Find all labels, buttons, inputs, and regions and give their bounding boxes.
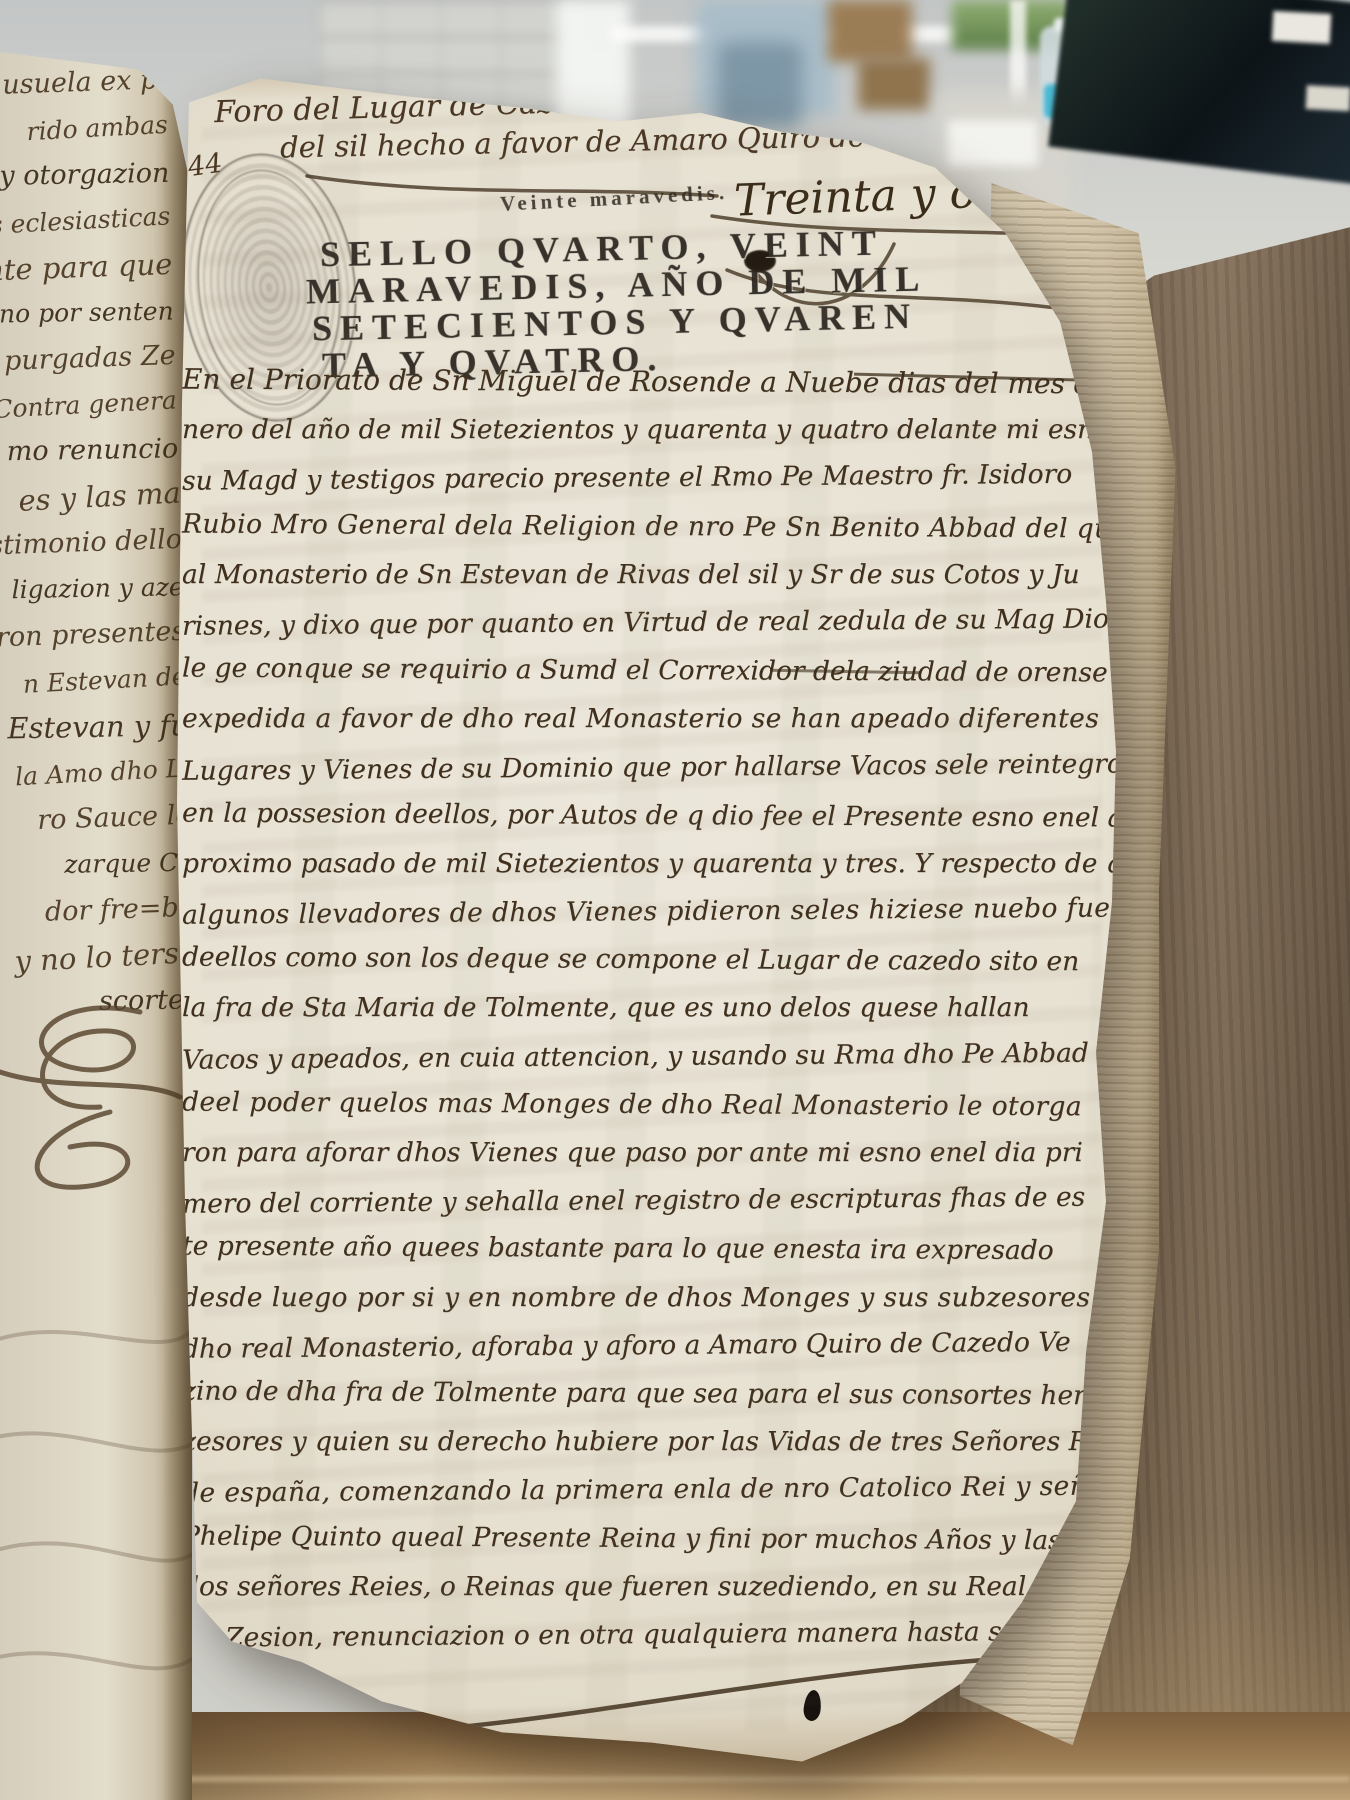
manuscript-text-line: risnes, y dixo que por quanto en Virtud … [182, 595, 1132, 651]
monitor-sticker [1306, 85, 1350, 111]
left-page-text-fragment: on y otorgazion [0, 151, 176, 201]
manuscript-text-line: ron para aforar dhos Vienes que paso por… [182, 1129, 1132, 1177]
manuscript-text-line: Rubio Mro General dela Religion de nro P… [182, 500, 1132, 553]
manuscript-text-line: en la possesion deellos, por Autos de q … [182, 789, 1132, 842]
folio-annotation: Treinta y ocho [733, 164, 1056, 226]
manuscript-text-line: zino de dha fra de Tolmente para que sea… [182, 1367, 1132, 1420]
manuscript-text-line: te presente año quees bastante para lo q… [182, 1223, 1132, 1276]
manuscript-text-line: mero del corriente y sehalla enel regist… [182, 1173, 1132, 1229]
manuscript-text-line: su Magd y testigos parecio presente el R… [182, 451, 1132, 507]
table-sheen [120, 1776, 1350, 1782]
manuscript-page-wrap: 44 Foro del Lugar de Cazedo del rreal Mo… [152, 58, 1152, 1770]
manuscript-text-line: de españa, comenzando la primera enla de… [182, 1463, 1132, 1519]
manuscript-text-line: nero del año de mil Sietezientos y quare… [182, 406, 1132, 454]
manuscript-page: 44 Foro del Lugar de Cazedo del rreal Mo… [152, 58, 1152, 1770]
manuscript-text-line: expedida a favor de dho real Monasterio … [182, 695, 1132, 743]
manuscript-text-line: proximo pasado de mil Sietezientos y qua… [182, 840, 1132, 888]
monitor-sticker [1272, 11, 1331, 44]
manuscript-text-line: Phelipe Quinto queal Presente Reina y fi… [182, 1512, 1132, 1565]
manuscript-text-line: al Monasterio de Sn Estevan de Rivas del… [182, 551, 1132, 599]
manuscript-text-line: Vacos y apeados, en cuia attencion, y us… [182, 1029, 1132, 1085]
manuscript-text-line: desde luego por si y en nombre de dhos M… [182, 1274, 1132, 1322]
manuscript-text-line: deel poder quelos mas Monges de dho Real… [182, 1078, 1132, 1131]
manuscript-text-line: dho real Monasterio, aforaba y aforo a A… [182, 1318, 1132, 1374]
closing-rule-flourish [172, 1613, 1132, 1763]
manuscript-text-line: la fra de Sta Maria de Tolmente, que es … [182, 984, 1132, 1032]
manuscript-text-line: En el Priorato de Sn Miguel de Rosende a… [182, 356, 1132, 409]
manuscript-text-line: zesores y quien su derecho hubiere por l… [182, 1418, 1132, 1466]
archive-photo-scene: usuela ex pirido ambason y otorgazionas … [0, 0, 1350, 1800]
manuscript-text-line: deellos como son los deque se compone el… [182, 934, 1132, 987]
manuscript-body-text: En el Priorato de Sn Miguel de Rosende a… [182, 358, 1132, 1659]
manuscript-text-line: algunos llevadores de dhos Vienes pidier… [182, 884, 1132, 940]
archive-box [828, 0, 912, 62]
manuscript-text-line: le ge conque se requirio a Sumd el Corre… [182, 645, 1132, 698]
manuscript-text-line: Lugares y Vienes de su Dominio que por h… [182, 740, 1132, 796]
manuscript-text-line: dos señores Reies, o Reinas que fueren s… [182, 1563, 1132, 1611]
